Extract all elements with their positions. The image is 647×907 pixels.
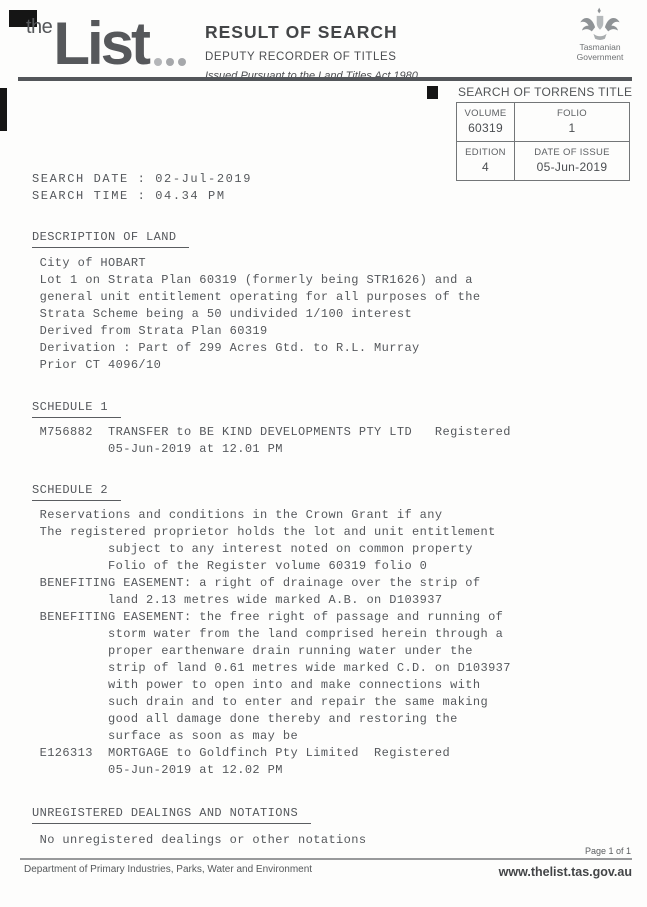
folio-cell: FOLIO 1 [515,103,630,142]
document-subtitle: DEPUTY RECORDER OF TITLES [205,51,525,63]
result-of-search-document: the List RESULT OF SEARCH DEPUTY RECORDE… [0,0,647,907]
date-of-issue-value: 05-Jun-2019 [515,160,629,174]
folio-label: FOLIO [515,105,629,119]
page-number: Page 1 of 1 [585,846,631,856]
date-of-issue-cell: DATE OF ISSUE 05-Jun-2019 [515,142,630,181]
scan-artifact-mid [427,86,438,99]
thelist-logo: the List [26,14,186,70]
thelist-logo-name: List [53,14,148,74]
scan-artifact-left-edge [0,88,7,131]
footer-rule [20,858,632,860]
description-of-land-heading: DESCRIPTION OF LAND [32,229,189,248]
volume-label: VOLUME [457,105,514,119]
tasmanian-crest-icon [575,6,625,42]
edition-label: EDITION [457,144,514,158]
description-of-land-body: City of HOBART Lot 1 on Strata Plan 6031… [32,255,480,374]
search-date-time: SEARCH DATE : 02-Jul-2019 SEARCH TIME : … [32,171,252,205]
volume-value: 60319 [457,121,514,135]
schedule-2-heading: SCHEDULE 2 [32,482,121,501]
thelist-logo-prefix: the [26,16,52,39]
header-center: RESULT OF SEARCH DEPUTY RECORDER OF TITL… [205,22,525,82]
thelist-logo-dots-icon [154,58,186,66]
tasmanian-government-logo: Tasmanian Government [566,6,634,62]
edition-cell: EDITION 4 [457,142,515,181]
unregistered-dealings-body: No unregistered dealings or other notati… [32,832,366,849]
gov-caption: Tasmanian Government [566,43,634,62]
schedule-1-heading-text: SCHEDULE 1 [32,399,121,418]
schedule-2-body: Reservations and conditions in the Crown… [32,507,511,779]
schedule-2-heading-text: SCHEDULE 2 [32,482,121,501]
schedule-1-heading: SCHEDULE 1 [32,399,121,418]
gov-caption-line2: Government [566,53,634,63]
description-of-land-heading-text: DESCRIPTION OF LAND [32,229,189,248]
document-title: RESULT OF SEARCH [205,22,525,43]
unregistered-dealings-heading-text: UNREGISTERED DEALINGS AND NOTATIONS [32,805,311,824]
torrens-title-heading: SEARCH OF TORRENS TITLE [458,85,632,99]
schedule-1-body: M756882 TRANSFER to BE KIND DEVELOPMENTS… [32,424,511,458]
edition-value: 4 [457,160,514,174]
unregistered-dealings-heading: UNREGISTERED DEALINGS AND NOTATIONS [32,805,311,824]
department-name: Department of Primary Industries, Parks,… [24,864,312,875]
torrens-title-table: VOLUME 60319 FOLIO 1 EDITION 4 DATE OF I… [456,102,630,181]
volume-cell: VOLUME 60319 [457,103,515,142]
folio-value: 1 [515,121,629,135]
date-of-issue-label: DATE OF ISSUE [515,144,629,158]
header-rule [18,77,632,81]
website-url: www.thelist.tas.gov.au [499,865,632,879]
